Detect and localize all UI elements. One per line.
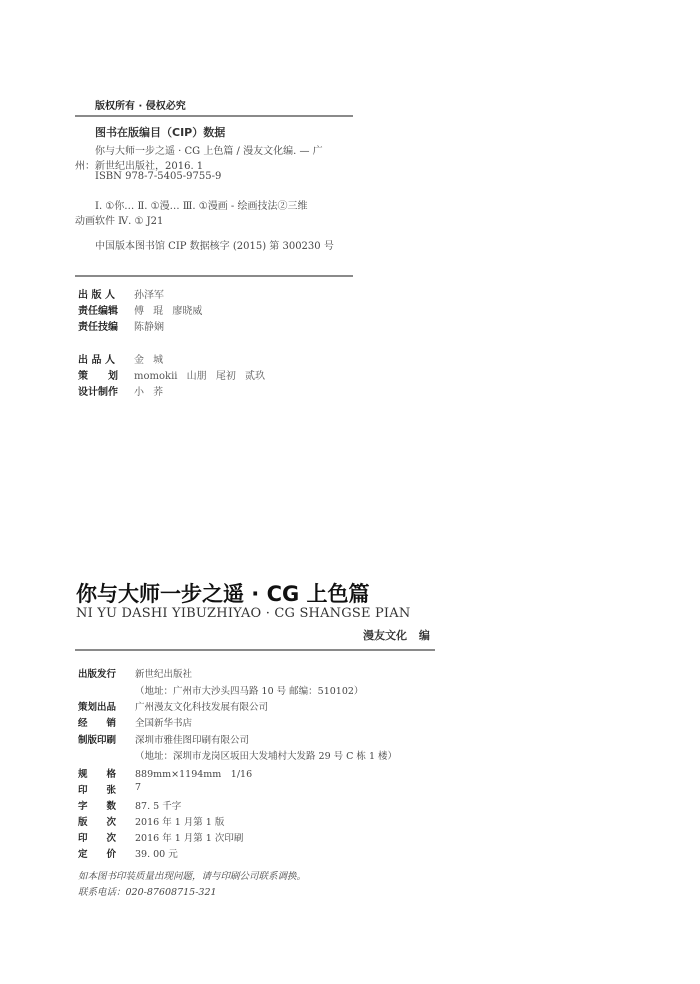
pub-value: 新世纪出版社 [135, 666, 192, 680]
credit-label: 策 划 [78, 367, 134, 382]
credit-value: 孙泽军 [134, 286, 164, 301]
pub-label: 制版印刷 [78, 732, 135, 746]
pub-label [78, 683, 135, 697]
pub-row: 印 次2016 年 1 月第 1 次印刷 [78, 830, 243, 844]
cip-line: 中国版本图书馆 CIP 数据核字 (2015) 第 300230 号 [95, 237, 334, 252]
credit-row: 出 品 人金 城 [78, 351, 163, 366]
pub-label: 字 数 [78, 798, 135, 812]
pub-value: 87. 5 千字 [135, 798, 181, 812]
credit-value: 金 城 [134, 351, 163, 366]
pub-label [78, 748, 135, 762]
pub-label: 规 格 [78, 766, 135, 780]
copyright-notice: 版权所有 · 侵权必究 [95, 97, 186, 112]
credit-label: 责任技编 [78, 318, 134, 333]
pub-row: 经 销全国新华书店 [78, 715, 192, 729]
credit-row: 出 版 人孙泽军 [78, 286, 164, 301]
pub-row: 制版印刷深圳市雅佳图印刷有限公司 [78, 732, 249, 746]
pub-row: （地址：广州市大沙头四马路 10 号 邮编：510102） [78, 683, 363, 697]
cip-line: 动画软件 Ⅳ. ① J21 [75, 212, 163, 227]
pub-row: 定 价39. 00 元 [78, 846, 178, 860]
credit-label: 设计制作 [78, 383, 134, 398]
pub-value: 全国新华书店 [135, 715, 192, 729]
pub-row: 版 次2016 年 1 月第 1 版 [78, 814, 224, 828]
pub-value: 广州漫友文化科技发展有限公司 [135, 699, 268, 713]
credit-value: 傅 琨 廖晓威 [134, 302, 202, 317]
pub-value: （地址：深圳市龙岗区坂田大发埔村大发路 29 号 C 栋 1 楼） [135, 748, 397, 762]
credit-value: momokii 山朋 尾初 贰玖 [134, 367, 265, 382]
pub-label: 定 价 [78, 846, 135, 860]
divider-top [75, 115, 353, 117]
credit-value: 陈静娴 [134, 318, 164, 333]
pub-value: 889mm×1194mm 1/16 [135, 766, 252, 780]
contact-phone: 联系电话：020-87608715-321 [78, 884, 217, 898]
pub-value: （地址：广州市大沙头四马路 10 号 邮编：510102） [135, 683, 363, 697]
pub-value: 2016 年 1 月第 1 次印刷 [135, 830, 243, 844]
pub-label: 印 次 [78, 830, 135, 844]
cip-line: ISBN 978-7-5405-9755-9 [95, 171, 221, 182]
credit-row: 责任编辑傅 琨 廖晓威 [78, 302, 202, 317]
cip-line: 你与大师一步之遥 · CG 上色篇 / 漫友文化编. — 广 [95, 142, 323, 157]
pub-row: 印 张7 [78, 782, 141, 796]
pub-row: 规 格889mm×1194mm 1/16 [78, 766, 252, 780]
cip-line: Ⅰ. ①你… Ⅱ. ①漫… Ⅲ. ①漫画 - 绘画技法②三维 [95, 197, 307, 212]
pub-row: 字 数87. 5 千字 [78, 798, 181, 812]
credit-row: 设计制作小 荞 [78, 383, 163, 398]
pub-value: 深圳市雅佳图印刷有限公司 [135, 732, 249, 746]
pub-value: 7 [135, 782, 141, 796]
cip-line: 州：新世纪出版社，2016. 1 [75, 157, 203, 172]
credit-value: 小 荞 [134, 383, 163, 398]
credit-label: 出 品 人 [78, 351, 134, 366]
quality-notice: 如本图书印装质量出现问题，请与印刷公司联系调换。 [78, 868, 306, 882]
pub-label: 印 张 [78, 782, 135, 796]
credit-row: 策 划momokii 山朋 尾初 贰玖 [78, 367, 265, 382]
divider-cip [75, 275, 353, 277]
pub-value: 2016 年 1 月第 1 版 [135, 814, 224, 828]
pub-label: 策划出品 [78, 699, 135, 713]
credit-label: 责任编辑 [78, 302, 134, 317]
book-editor: 漫友文化 编 [363, 627, 430, 643]
credit-row: 责任技编陈静娴 [78, 318, 164, 333]
pub-row: 出版发行新世纪出版社 [78, 666, 192, 680]
divider-publication [75, 649, 435, 651]
pub-row: 策划出品广州漫友文化科技发展有限公司 [78, 699, 268, 713]
pub-label: 经 销 [78, 715, 135, 729]
book-title: 你与大师一步之遥 · CG 上色篇 [76, 578, 370, 608]
book-subtitle: NI YU DASHI YIBUZHIYAO · CG SHANGSE PIAN [76, 606, 410, 621]
credit-label: 出 版 人 [78, 286, 134, 301]
pub-label: 出版发行 [78, 666, 135, 680]
pub-value: 39. 00 元 [135, 846, 178, 860]
cip-heading: 图书在版编目（CIP）数据 [95, 124, 225, 140]
pub-label: 版 次 [78, 814, 135, 828]
pub-row: （地址：深圳市龙岗区坂田大发埔村大发路 29 号 C 栋 1 楼） [78, 748, 397, 762]
